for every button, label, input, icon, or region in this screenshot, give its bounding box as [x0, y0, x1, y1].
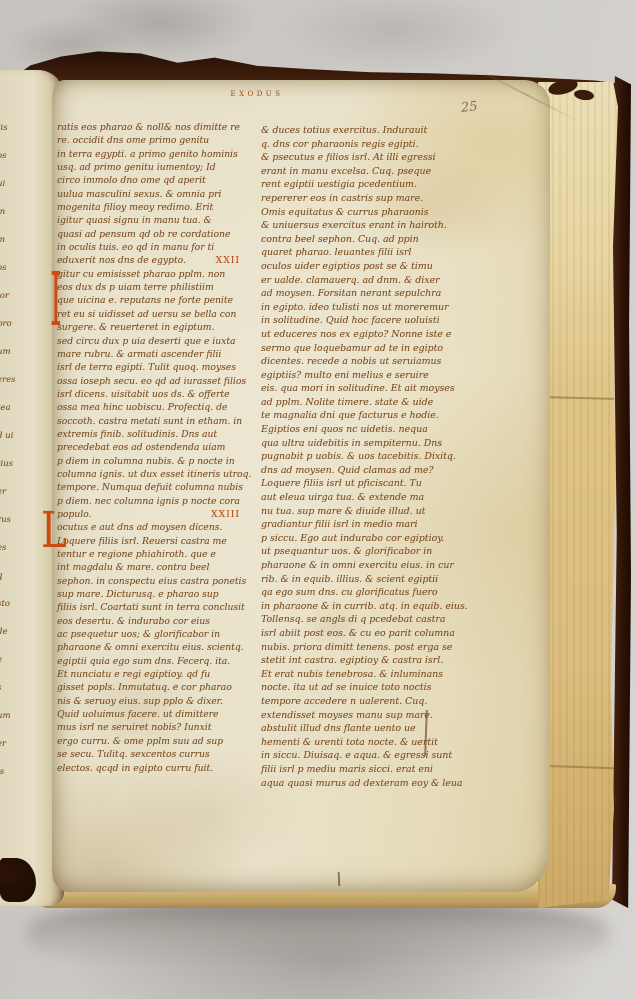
manuscript-text-line: abstulit illud dns flante uento ue [261, 722, 480, 736]
manuscript-text-line: eduxerit nos dns de egypto.XXII [57, 254, 240, 267]
manuscript-text-line: electos. qcqd in egipto curru fuit. [57, 762, 240, 775]
manuscript-text-line: extremis finib. solitudinis. Dns aut [57, 428, 240, 441]
manuscript-text-line: gradiantur filii isrl in medio mari [261, 518, 480, 532]
manuscript-text-line: re. occidit dns ome primo genitu [57, 134, 240, 147]
manuscript-text-line: in solitudine. Quid hoc facere uoluisti [261, 314, 480, 328]
manuscript-text-line: er [0, 478, 15, 506]
manuscript-text-line: oculos uider egiptios post se & timu [261, 260, 480, 274]
manuscript-text-line: ocutus e aut dns ad moysen dicens. [57, 521, 240, 534]
manuscript-text-line: rib. & in equib. illius. & scient egipti… [261, 573, 480, 587]
manuscript-text-line: surgere. & reuerteret in egiptum. [57, 321, 240, 334]
manuscript-text-line: quasi ad pensum qd ob re cordatione [57, 228, 240, 241]
manuscript-text-line: egiptii quia ego sum dns. Fecerq. ita. [57, 655, 240, 668]
manuscript-text-line: quaret pharao. leuantes filii isrl [261, 246, 480, 260]
manuscript-text-line: soccoth. castra metati sunt in etham. in [57, 415, 240, 428]
manuscript-text-line: rus [0, 506, 15, 534]
manuscript-text-line: os [0, 142, 15, 170]
manuscript-text-line: Tollensq. se angls di q pcedebat castra [261, 613, 480, 627]
manuscript-text-line: in [0, 198, 15, 226]
manuscript-text-line: ad moysen. Forsitan nerant sepulchra [261, 287, 480, 301]
manuscript-text-line: in terra egypti. a primo genito hominis [57, 148, 240, 161]
manuscript-text-line: sed circu dux p uia deserti que e iuxta [57, 335, 240, 348]
folio-number: 25 [460, 99, 478, 116]
manuscript-text-line: egiptiis? multo eni melius e seruire [261, 369, 480, 383]
manuscript-text-line: pharaone & in omni exercitu eius. in cur [261, 559, 480, 573]
manuscript-text-line: pro [0, 310, 15, 338]
manuscript-text-line: pugnabit p uobis. & uos tacebitis. Dixit… [261, 450, 480, 464]
manuscript-text-line: nis & seruoy eius. sup pplo & dixer. [57, 695, 240, 708]
manuscript-text-line: usq. ad primo genitu iumentoy; Id [57, 161, 240, 174]
manuscript-text-line: in siccu. Diuisaq. e aqua. & egressi sun… [261, 749, 480, 763]
manuscript-text-line: extendisset moyses manu sup mare. [261, 709, 480, 723]
manuscript-text-line: Et nunciatu e regi egiptioy. qd fu [57, 668, 240, 681]
manuscript-text-line: e [0, 646, 15, 674]
chapter-initial-22: I [50, 263, 62, 337]
manuscript-text-line: mare rubru. & armati ascender filii [57, 348, 240, 361]
manuscript-text-line: in egipto. ideo tulisti nos ut moreremur [261, 301, 480, 315]
manuscript-text-line: q. dns cor pharaonis regis egipti. [261, 138, 480, 152]
manuscript-text-line: pharaone & omni exercitu eius. scientq. [57, 641, 240, 654]
manuscript-text-line: er ualde. clamauerq. ad dnm. & dixer [261, 274, 480, 288]
manuscript-text-line: gitur cu emisisset pharao pplm. non [57, 268, 240, 281]
manuscript-text-line: ossa ioseph secu. eo qd ad iurasset fili… [57, 375, 240, 388]
manuscript-text-line: precedebat eos ad ostendenda uiam [57, 441, 240, 454]
manuscript-text-line: lor [0, 282, 15, 310]
manuscript-text-line: in pharaone & in currib. atq. in equib. … [261, 600, 480, 614]
manuscript-text-line: nu tua. sup mare & diuide illud. ut [261, 505, 480, 519]
manuscript-text-line: ui [0, 170, 15, 198]
manuscript-text-line: dns ad moysen. Quid clamas ad me? [261, 464, 480, 478]
running-title: exodus [205, 87, 309, 99]
manuscript-text-line: stetit int castra. egiptioy & castra isr… [261, 654, 480, 668]
manuscript-text-line: columna ignis. ut dux esset itineris utr… [57, 468, 240, 481]
chapter-numeral: XXII [216, 254, 240, 267]
manuscript-text-line: is [0, 758, 15, 786]
manuscript-text-line: contra beel sephon. Cuq. ad ppin [261, 233, 480, 247]
page-stack-fore-edge [538, 82, 618, 908]
manuscript-text-line: qua ultra uidebitis in sempiternu. Dns [261, 437, 480, 451]
manuscript-text-line: os [0, 254, 15, 282]
manuscript-text-line: um [0, 702, 15, 730]
manuscript-text-line: nocte. ita ut ad se inuice toto noctis [261, 681, 480, 695]
manuscript-text-line: isrl de terra egipti. Tulit quoq. moyses [57, 361, 240, 374]
manuscript-text-line: s [0, 674, 15, 702]
manuscript-text-line: int magdalu & mare. contra beel [57, 561, 240, 574]
manuscript-text-line: tempore. Numqua defuit columna nubis [57, 481, 240, 494]
manuscript-text-line: p siccu. Ego aut indurabo cor egiptioy. [261, 532, 480, 546]
manuscript-text-line: isrl abiit post eos. & cu eo parit colum… [261, 627, 480, 641]
manuscript-text-line: populo.XXIII [57, 508, 240, 521]
manuscript-text-line: nubis. priora dimitt tenens. post erga s… [261, 641, 480, 655]
manuscript-text-line: ut educeres nos ex egipto? Nonne iste e [261, 328, 480, 342]
manuscript-text-line: Omis equitatus & currus pharaonis [261, 206, 480, 220]
manuscript-text-line: que uicina e. reputans ne forte penite [57, 294, 240, 307]
manuscript-text-line: tentur e regione phiahiroth. que e [57, 548, 240, 561]
manuscript-text-line: aut eleua uirga tua. & extende ma [261, 491, 480, 505]
manuscript-text-line: ergo curru. & ome pplm suu ad sup [57, 735, 240, 748]
manuscript-text-line: filiis isrl. Coartati sunt in terra conc… [57, 601, 240, 614]
manuscript-photo: tisosuiinmoslorproumerestead uitiuserrus… [0, 0, 636, 999]
manuscript-text-line: m [0, 226, 15, 254]
manuscript-text-line: rent egiptii uestigia pcedentium. [261, 178, 480, 192]
manuscript-text-line: hementi & urenti tota nocte. & uertit [261, 736, 480, 750]
manuscript-text-line: eos dux ds p uiam terre philistiim [57, 281, 240, 294]
verse-text: eduxerit nos dns de egypto. [57, 254, 186, 267]
manuscript-text-line: ad pplm. Nolite timere. state & uide [261, 396, 480, 410]
manuscript-text-line: & duces totius exercitus. Indurauit [261, 124, 480, 138]
manuscript-text-line: aqua quasi murus ad dexteram eoy & leua [261, 777, 480, 791]
facing-page-text-fragments: tisosuiinmoslorproumerestead uitiuserrus… [0, 114, 15, 786]
manuscript-text-line: tius [0, 450, 15, 478]
manuscript-text-line: um [0, 338, 15, 366]
pen-trial-mark [338, 872, 340, 886]
manuscript-text-line: mogenita filioy meoy redimo. Erit [57, 201, 240, 214]
manuscript-text-line: gisset popls. Inmutatuq. e cor pharao [57, 681, 240, 694]
chapter-numeral: XXIII [211, 508, 240, 521]
manuscript-text-line: Quid uoluimus facere. ut dimittere [57, 708, 240, 721]
manuscript-text-line: es [0, 534, 15, 562]
left-text-column: ratis eos pharao & noll& nos dimitte rer… [57, 121, 240, 775]
manuscript-text-line: d ui [0, 422, 15, 450]
manuscript-text-line: eis. qua mori in solitudine. Et ait moys… [261, 382, 480, 396]
manuscript-text-line: tea [0, 394, 15, 422]
manuscript-text-line: igitur quasi signu in manu tua. & [57, 214, 240, 227]
manuscript-text-line: qa ego sum dns. cu glorificatus fuero [261, 586, 480, 600]
manuscript-text-line: p diem in columna nubis. & p nocte in [57, 455, 240, 468]
manuscript-text-line: filii isrl p mediu maris sicci. erat eni [261, 763, 480, 777]
manuscript-text-line: ut psequantur uos. & glorificabor in [261, 545, 480, 559]
manuscript-text-line: isrl dicens. uisitabit uos ds. & offerte [57, 388, 240, 401]
manuscript-text-line: mus isrl ne seruiret nobis? Iunxit [57, 721, 240, 734]
manuscript-text-line: Loquere filiis isrl. Reuersi castra me [57, 535, 240, 548]
manuscript-text-line: eos desertu. & indurabo cor eius [57, 615, 240, 628]
manuscript-text-line: sup mare. Dicturusq. e pharao sup [57, 588, 240, 601]
manuscript-text-line: p diem. nec columna ignis p nocte cora [57, 495, 240, 508]
manuscript-text-line: Egiptios eni quos nc uidetis. nequa [261, 423, 480, 437]
manuscript-text-line: tis [0, 114, 15, 142]
manuscript-text-line: in oculis tuis. eo qd in manu for ti [57, 241, 240, 254]
manuscript-text-line: sto [0, 590, 15, 618]
manuscript-text-line: ac psequetur uos; & glorificabor in [57, 628, 240, 641]
manuscript-text-line: tempore accedere n ualerent. Cuq. [261, 695, 480, 709]
manuscript-text-line: ratis eos pharao & noll& nos dimitte re [57, 121, 240, 134]
manuscript-text-line: dicentes. recede a nobis ut seruiamus [261, 355, 480, 369]
book-shadow [28, 899, 608, 971]
manuscript-text-line: uulua masculini sexus. & omnia pri [57, 188, 240, 201]
manuscript-text-line: er [0, 730, 15, 758]
manuscript-text-line: q [0, 562, 15, 590]
chapter-initial-23: L [41, 505, 67, 555]
manuscript-text-line: ret eu si uidisset ad uersu se bella con [57, 308, 240, 321]
manuscript-text-line: erant in manu excelsa. Cuq. pseque [261, 165, 480, 179]
manuscript-text-line: de [0, 618, 15, 646]
manuscript-text-line: sermo que loquebamur ad te in egipto [261, 342, 480, 356]
manuscript-text-line: ossa mea hinc uobiscu. Profectiq. de [57, 401, 240, 414]
manuscript-text-line: circo immolo dno ome qd aperit [57, 174, 240, 187]
manuscript-text-line: se secu. Tulitq. sexcentos currus [57, 748, 240, 761]
manuscript-text-line: eres [0, 366, 15, 394]
manuscript-text-line: & uniuersus exercitus erant in hairoth. [261, 219, 480, 233]
right-text-column: & duces totius exercitus. Indurauitq. dn… [261, 124, 480, 790]
manuscript-text-line: & psecutus e filios isrl. At illi egress… [261, 151, 480, 165]
manuscript-text-line: Et erat nubis tenebrosa. & inluminans [261, 668, 480, 682]
manuscript-text-line: Loquere filiis isrl ut pficiscant. Tu [261, 477, 480, 491]
manuscript-text-line: te magnalia dni que facturus e hodie. [261, 409, 480, 423]
manuscript-text-line: sephon. in conspectu eius castra ponetis [57, 575, 240, 588]
manuscript-text-line: repererer eos in castris sup mare. [261, 192, 480, 206]
